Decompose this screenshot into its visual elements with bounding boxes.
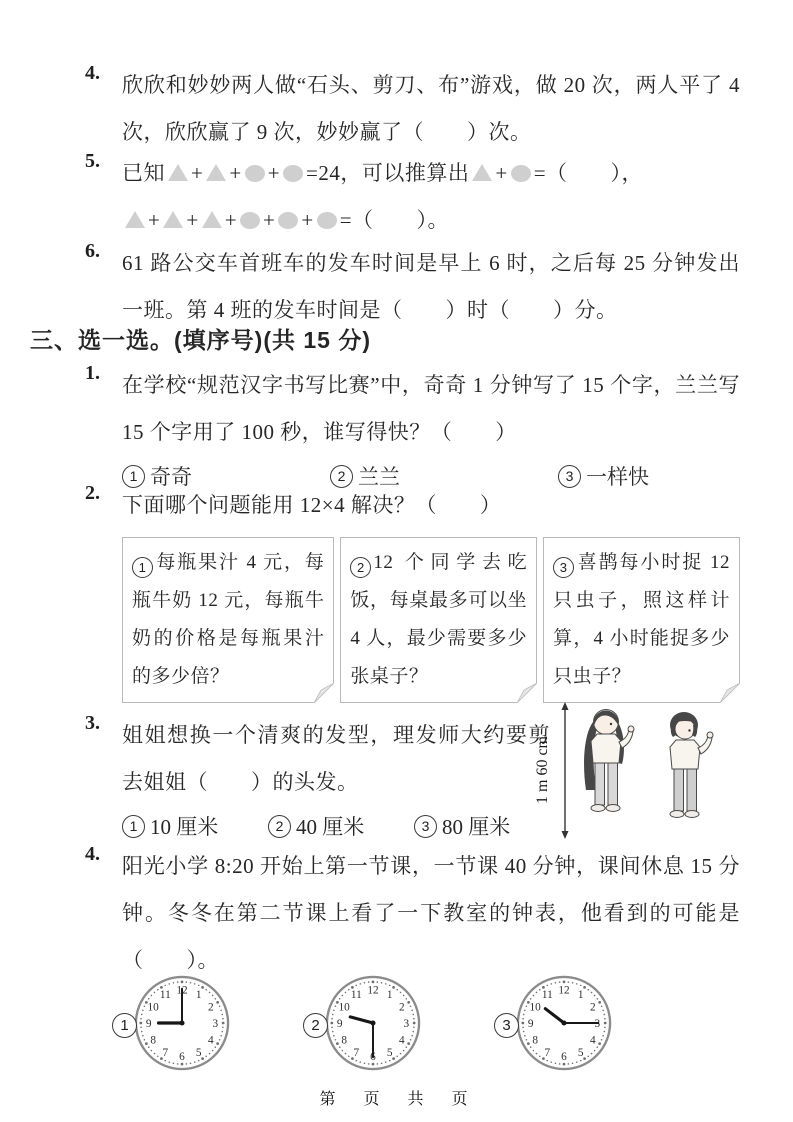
svg-text:8: 8 (532, 1035, 538, 1047)
question-text: 下面哪个问题能用 12×4 解决？（ ） (122, 482, 740, 529)
svg-text:10: 10 (339, 1001, 351, 1013)
circle-shape-icon (245, 165, 265, 182)
option-label: 80 厘米 (442, 811, 510, 841)
svg-text:7: 7 (163, 1047, 169, 1059)
triangle-shape-icon (472, 164, 492, 181)
clock-option-2: 2 123456789101112 (303, 974, 422, 1077)
folded-corner-icon (314, 683, 334, 703)
height-label: 1 m 60 cm (534, 735, 551, 804)
triangle-shape-icon (125, 211, 145, 228)
question-fill-6: 6. 61 路公交车首班车的发车时间是早上 6 时，之后每 25 分钟发出一班。… (122, 240, 740, 334)
question-text: 姐姐想换一个清爽的发型，理发师大约要剪去姐姐（ ）的头发。 (122, 712, 550, 806)
clock-face-10-15: 123456789101112 (515, 974, 613, 1077)
svg-text:2: 2 (590, 1001, 596, 1013)
svg-text:7: 7 (354, 1047, 360, 1059)
svg-text:6: 6 (179, 1051, 185, 1063)
svg-text:12: 12 (367, 985, 379, 997)
clock-option-1: 1 123456789101112 (112, 974, 231, 1077)
question-text: 阳光小学 8:20 开始上第一节课，一节课 40 分钟，课间休息 15 分钟。冬… (122, 843, 740, 984)
section-title: 三、选一选。(填序号)(共 15 分) (30, 322, 371, 355)
svg-text:1: 1 (578, 989, 584, 1001)
circled-number-icon: 2 (268, 815, 291, 838)
circled-number-icon: 1 (122, 815, 145, 838)
svg-text:4: 4 (399, 1035, 405, 1047)
long-hair-girl (584, 710, 634, 812)
triangle-shape-icon (168, 164, 188, 181)
circle-shape-icon (283, 165, 303, 182)
svg-text:2: 2 (208, 1001, 214, 1013)
svg-text:5: 5 (196, 1047, 202, 1059)
svg-text:10: 10 (148, 1001, 160, 1013)
note-box-2: 212 个同学去吃饭，每桌最多可以坐 4 人，最少需要多少张桌子？ (340, 537, 537, 703)
question-choice-2: 2. 下面哪个问题能用 12×4 解决？（ ） 1每瓶果汁 4 元，每瓶牛奶 1… (122, 482, 740, 703)
svg-text:8: 8 (341, 1035, 347, 1047)
question-choice-3: 3. 姐姐想换一个清爽的发型，理发师大约要剪去姐姐（ ）的头发。 1 10 厘米… (122, 712, 550, 841)
page-footer: 第 页 共 页 (0, 1086, 793, 1109)
worksheet-page: 4. 欣欣和妙妙两人做“石头、剪刀、布”游戏，做 20 次，两人平了 4 次，欣… (0, 0, 793, 1122)
haircut-illustration: 1 m 60 cm (534, 700, 744, 850)
svg-text:4: 4 (208, 1035, 214, 1047)
option-label: 40 厘米 (296, 811, 364, 841)
svg-text:10: 10 (530, 1001, 542, 1013)
svg-text:6: 6 (561, 1051, 567, 1063)
svg-text:9: 9 (146, 1018, 152, 1030)
circled-number-icon: 1 (112, 1013, 137, 1038)
question-number: 6. (85, 240, 100, 263)
question-fill-5: 5. 已知+++=24，可以推算出+=（ ）， +++++=（ ）。 (122, 150, 740, 244)
svg-text:2: 2 (399, 1001, 405, 1013)
circle-shape-icon (317, 212, 337, 229)
svg-text:5: 5 (578, 1047, 584, 1059)
svg-text:4: 4 (590, 1035, 596, 1047)
svg-text:7: 7 (545, 1047, 551, 1059)
equation-line-2: +++++=（ ）。 (122, 197, 740, 244)
svg-text:9: 9 (528, 1018, 534, 1030)
clock-options-row: 1 123456789101112 2 123456789101112 3 12… (112, 974, 613, 1077)
clock-face-9-00: 123456789101112 (133, 974, 231, 1077)
note-text: 12 个同学去吃饭，每桌最多可以坐 4 人，最少需要多少张桌子？ (350, 552, 527, 687)
option-1: 1 10 厘米 (122, 811, 268, 841)
option-3: 3 80 厘米 (414, 811, 510, 841)
note-text: 每瓶果汁 4 元，每瓶牛奶 12 元，每瓶牛奶的价格是每瓶果汁的多少倍？ (132, 552, 324, 687)
question-fill-4: 4. 欣欣和妙妙两人做“石头、剪刀、布”游戏，做 20 次，两人平了 4 次，欣… (122, 62, 740, 156)
svg-text:1: 1 (196, 989, 202, 1001)
question-number: 1. (85, 362, 100, 385)
question-text: 61 路公交车首班车的发车时间是早上 6 时，之后每 25 分钟发出一班。第 4… (122, 240, 740, 334)
svg-text:12: 12 (558, 985, 570, 997)
svg-text:1: 1 (387, 989, 393, 1001)
circled-number-icon: 3 (414, 815, 437, 838)
question-text: 在学校“规范汉字书写比赛”中，奇奇 1 分钟写了 15 个字，兰兰写 15 个字… (122, 362, 740, 456)
triangle-shape-icon (163, 211, 183, 228)
clock-option-3: 3 123456789101112 (494, 974, 613, 1077)
circled-number-icon: 1 (132, 557, 153, 578)
triangle-shape-icon (202, 211, 222, 228)
circled-number-icon: 3 (494, 1013, 519, 1038)
height-arrow (562, 702, 569, 839)
circled-number-icon: 2 (350, 557, 371, 578)
answer-notes-row: 1每瓶果汁 4 元，每瓶牛奶 12 元，每瓶牛奶的价格是每瓶果汁的多少倍？ 21… (122, 537, 740, 703)
option-label: 10 厘米 (150, 811, 218, 841)
question-number: 4. (85, 843, 100, 866)
note-box-1: 1每瓶果汁 4 元，每瓶牛奶 12 元，每瓶牛奶的价格是每瓶果汁的多少倍？ (122, 537, 334, 703)
options-row: 1 10 厘米 2 40 厘米 3 80 厘米 (122, 811, 550, 841)
svg-text:5: 5 (387, 1047, 393, 1059)
short-hair-girl (670, 712, 713, 818)
svg-text:9: 9 (337, 1018, 343, 1030)
equation-line-1: 已知+++=24，可以推算出+=（ ）， (122, 150, 740, 197)
svg-text:11: 11 (160, 989, 171, 1001)
svg-text:3: 3 (212, 1018, 218, 1030)
circle-shape-icon (278, 212, 298, 229)
circled-number-icon: 3 (553, 557, 574, 578)
question-choice-1: 1. 在学校“规范汉字书写比赛”中，奇奇 1 分钟写了 15 个字，兰兰写 15… (122, 362, 740, 491)
circle-shape-icon (240, 212, 260, 229)
question-number: 3. (85, 712, 100, 735)
question-number: 4. (85, 62, 100, 85)
circled-number-icon: 2 (303, 1013, 328, 1038)
note-text: 喜鹊每小时捉 12 只虫子，照这样计算，4 小时能捉多少只虫子？ (553, 552, 730, 687)
question-number: 2. (85, 482, 100, 505)
question-number: 5. (85, 150, 100, 173)
circle-shape-icon (511, 165, 531, 182)
clock-face-9-30: 123456789101112 (324, 974, 422, 1077)
note-box-3: 3喜鹊每小时捉 12 只虫子，照这样计算，4 小时能捉多少只虫子？ (543, 537, 740, 703)
svg-text:3: 3 (403, 1018, 409, 1030)
question-text: 欣欣和妙妙两人做“石头、剪刀、布”游戏，做 20 次，两人平了 4 次，欣欣赢了… (122, 62, 740, 156)
svg-text:8: 8 (150, 1035, 156, 1047)
triangle-shape-icon (206, 164, 226, 181)
svg-text:11: 11 (351, 989, 362, 1001)
option-2: 2 40 厘米 (268, 811, 414, 841)
question-choice-4: 4. 阳光小学 8:20 开始上第一节课，一节课 40 分钟，课间休息 15 分… (122, 843, 740, 984)
svg-text:11: 11 (542, 989, 553, 1001)
